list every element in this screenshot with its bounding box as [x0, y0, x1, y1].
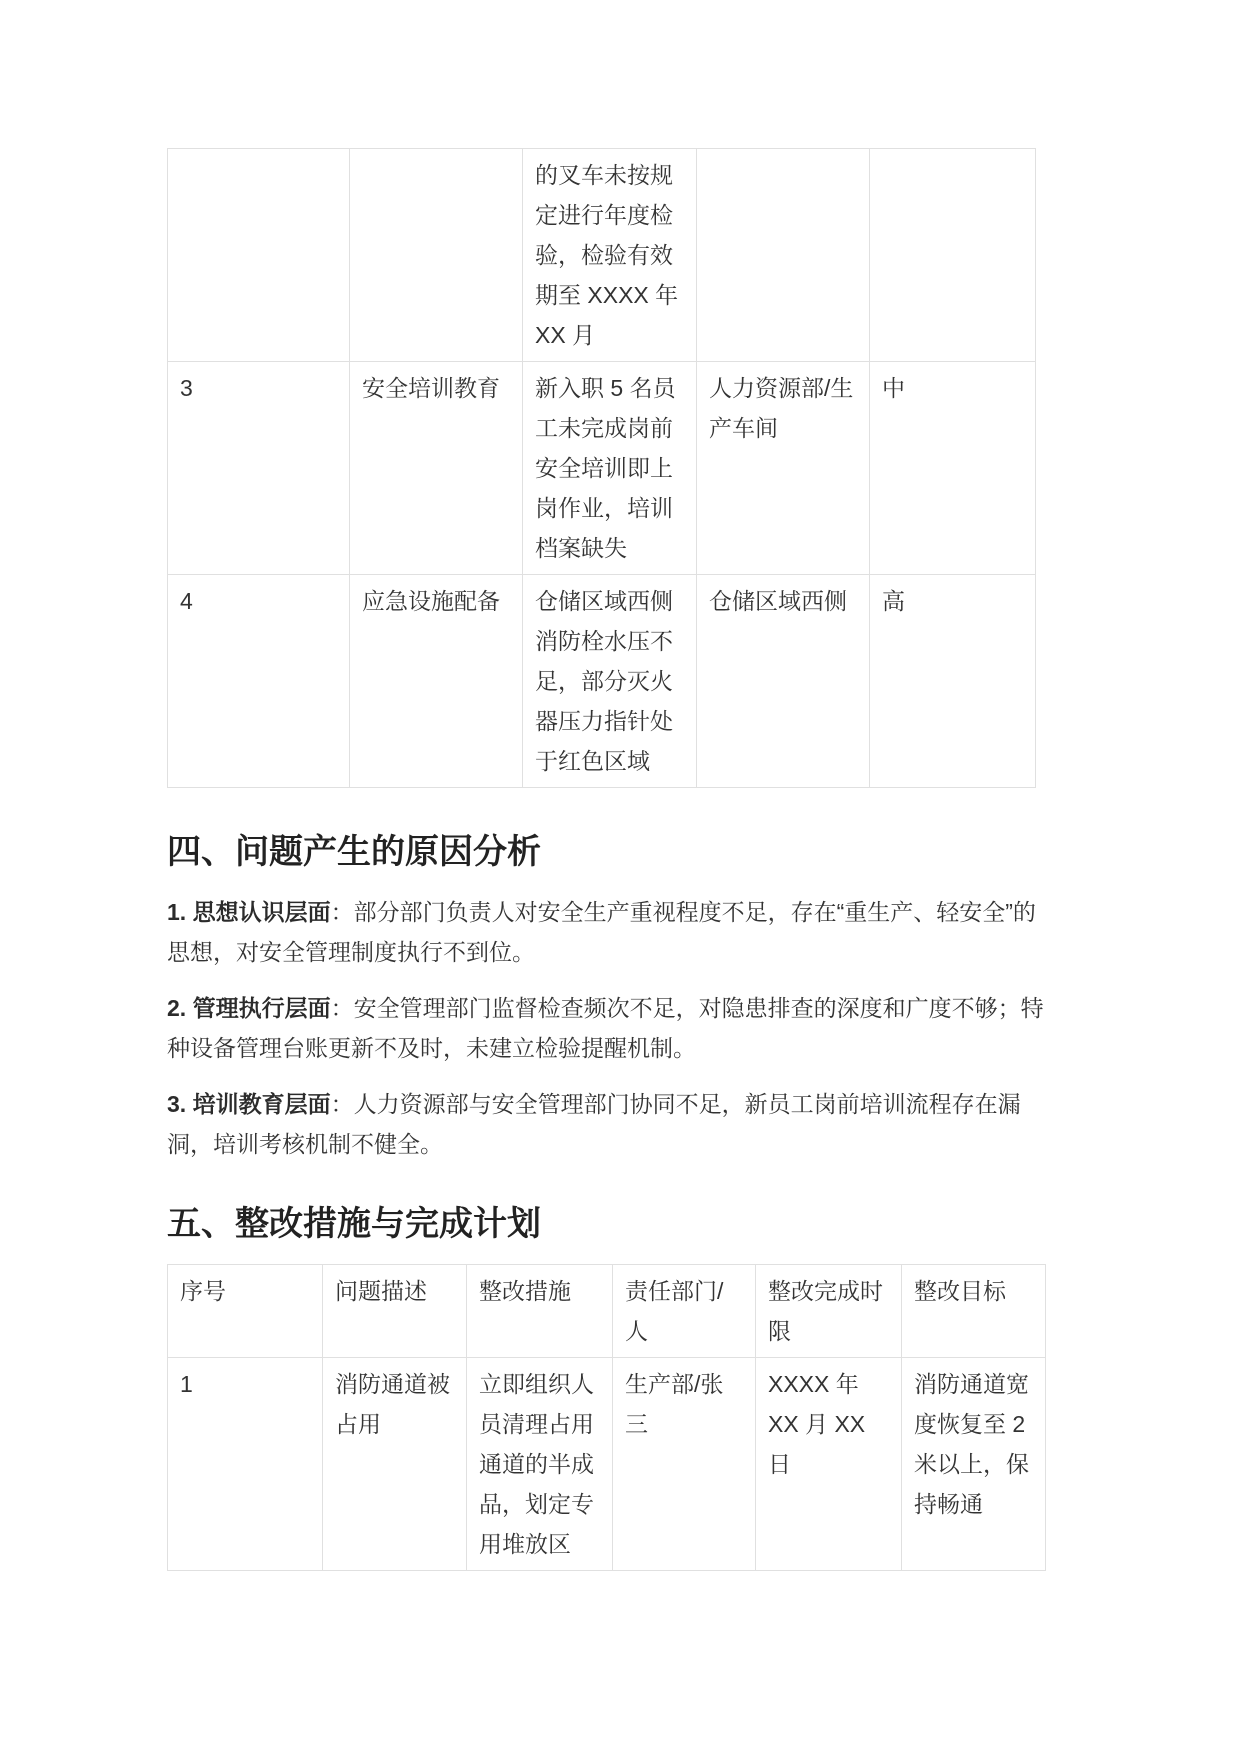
issue-description-cell: 仓储区域西侧消防栓水压不足，部分灭火器压力指针处于红色区域: [523, 575, 697, 788]
cause-paragraph: 2. 管理执行层面：安全管理部门监督检查频次不足，对隐患排查的深度和广度不够；特…: [167, 988, 1051, 1068]
issues-table-row: 4 应急设施配备 仓储区域西侧消防栓水压不足，部分灭火器压力指针处于红色区域 仓…: [168, 575, 1036, 788]
table-cell-empty: [350, 149, 523, 362]
issue-level-cell: 中: [870, 362, 1036, 575]
table-cell-empty: [697, 149, 870, 362]
plan-header-no: 序号: [168, 1265, 323, 1358]
page-content: 的叉车未按规定进行年度检验，检验有效期至 XXXX 年 XX 月 3 安全培训教…: [0, 0, 1241, 1571]
plan-header-measure: 整改措施: [467, 1265, 613, 1358]
cause-paragraph-lead: 1. 思想认识层面: [167, 899, 331, 925]
plan-no-cell: 1: [168, 1358, 323, 1571]
plan-problem-cell: 消防通道被占用: [323, 1358, 467, 1571]
plan-header-target: 整改目标: [902, 1265, 1046, 1358]
plan-target-cell: 消防通道宽度恢复至 2 米以上，保持畅通: [902, 1358, 1046, 1571]
plan-table-row: 1 消防通道被占用 立即组织人员清理占用通道的半成品，划定专用堆放区 生产部/张…: [168, 1358, 1046, 1571]
plan-header-deadline: 整改完成时限: [756, 1265, 902, 1358]
issue-item-cell: 安全培训教育: [350, 362, 523, 575]
issue-level-cell: 高: [870, 575, 1036, 788]
cause-paragraph: 3. 培训教育层面：人力资源部与安全管理部门协同不足，新员工岗前培训流程存在漏洞…: [167, 1084, 1051, 1164]
section4-heading: 四、问题产生的原因分析: [167, 828, 1051, 876]
table-cell-empty: [870, 149, 1036, 362]
plan-measure-cell: 立即组织人员清理占用通道的半成品，划定专用堆放区: [467, 1358, 613, 1571]
plan-owner-cell: 生产部/张三: [613, 1358, 756, 1571]
issue-department-cell: 人力资源部/生产车间: [697, 362, 870, 575]
table-cell-empty: [168, 149, 350, 362]
document-page: 的叉车未按规定进行年度检验，检验有效期至 XXXX 年 XX 月 3 安全培训教…: [0, 0, 1241, 1755]
issue-item-cell: 应急设施配备: [350, 575, 523, 788]
cause-paragraph-lead: 3. 培训教育层面: [167, 1091, 331, 1117]
plan-table: 序号 问题描述 整改措施 责任部门/人 整改完成时限 整改目标 1 消防通道被占…: [167, 1264, 1046, 1571]
cause-paragraph: 1. 思想认识层面：部分部门负责人对安全生产重视程度不足，存在“重生产、轻安全”…: [167, 892, 1051, 972]
cause-paragraph-lead: 2. 管理执行层面: [167, 995, 331, 1021]
issue-description-cell: 新入职 5 名员工未完成岗前安全培训即上岗作业，培训档案缺失: [523, 362, 697, 575]
plan-header-problem: 问题描述: [323, 1265, 467, 1358]
issues-table: 的叉车未按规定进行年度检验，检验有效期至 XXXX 年 XX 月 3 安全培训教…: [167, 148, 1036, 788]
issue-no-cell: 3: [168, 362, 350, 575]
issue-description-cell: 的叉车未按规定进行年度检验，检验有效期至 XXXX 年 XX 月: [523, 149, 697, 362]
issue-department-cell: 仓储区域西侧: [697, 575, 870, 788]
plan-table-header-row: 序号 问题描述 整改措施 责任部门/人 整改完成时限 整改目标: [168, 1265, 1046, 1358]
issues-table-row: 3 安全培训教育 新入职 5 名员工未完成岗前安全培训即上岗作业，培训档案缺失 …: [168, 362, 1036, 575]
section5-heading: 五、整改措施与完成计划: [167, 1200, 1051, 1248]
plan-deadline-cell: XXXX 年 XX 月 XX 日: [756, 1358, 902, 1571]
plan-header-owner: 责任部门/人: [613, 1265, 756, 1358]
issues-table-carryover-row: 的叉车未按规定进行年度检验，检验有效期至 XXXX 年 XX 月: [168, 149, 1036, 362]
issue-no-cell: 4: [168, 575, 350, 788]
